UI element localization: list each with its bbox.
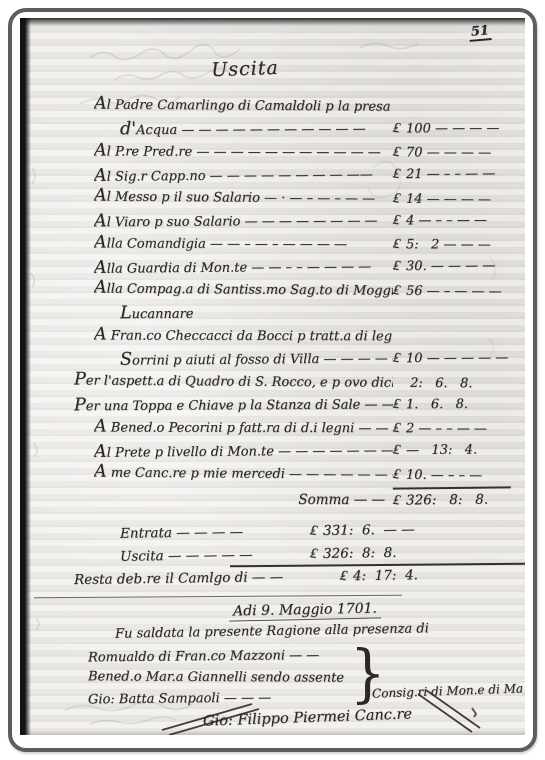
entry-amount: 30. — — — — (406, 254, 511, 278)
ledger-line: A me Canc.re p mie mercedi — — — — — — —… (94, 461, 511, 487)
entry-amount: 100 — — — — (406, 117, 511, 141)
entry-text: Al Messo p il suo Salario — · — – — – — … (94, 185, 393, 211)
entry-text: Al Padre Camarlingo di Camaldoli p la pr… (94, 93, 393, 119)
ledger-line: Alla Guardia di Mon.te — — – – — — — — ₤… (94, 253, 511, 280)
sum-amount-box: ₤ 326: 8: 8. (393, 486, 511, 512)
ledger-line: Al Viaro p suo Salario — — — — — — — — ₤… (94, 208, 511, 234)
balance-summary: Entrata — — — — ₤ 331: 6. — — Uscita — —… (62, 520, 511, 589)
manuscript-photo: 51 Uscita Al Padre Camarlingo di Camaldo… (20, 18, 525, 735)
date-line: Adi 9. Maggio 1701. (110, 598, 500, 622)
entry-amount: 326: 8: 8. (323, 540, 511, 566)
ink-blot (472, 708, 476, 717)
manuscript-scan-page: 51 Uscita Al Padre Camarlingo di Camaldo… (0, 0, 545, 760)
ledger-line: Sorrini p aiuti al fosso di Villa — — — … (120, 345, 511, 371)
entry-text: A me Canc.re p mie mercedi — — — — — — — (94, 461, 393, 487)
entry-amount: 4: 17: 4. (353, 563, 511, 588)
entry-amount: 10 — — — — — (406, 346, 511, 370)
witness-names: Romualdo di Fran.co Mazzoni — — Bened.o … (88, 646, 358, 709)
entry-amount-box (393, 111, 511, 112)
ledger-line: Al Prete p livello di Mon.te — — — — — —… (94, 437, 511, 464)
entry-amount: 10. — – – — (406, 464, 511, 488)
folio-number: 51 (468, 23, 491, 42)
entry-text: Resta deb.re il Camlgo di — — (74, 565, 340, 592)
entry-amount: 331: 6. — — (323, 517, 511, 543)
witness-name-line: Romualdo di Fran.co Mazzoni — — (88, 645, 358, 669)
ledger-line: Per l'aspett.a di Quadro di S. Rocco, e … (74, 368, 511, 394)
entry-amount-box: ₤ 331: 6. — — (310, 517, 511, 543)
entry-text: A Bened.o Pecorini p fatt.ra di d.i legn… (94, 415, 393, 440)
entry-amount-box: ₤ 4 — – – — — (393, 209, 511, 233)
ledger-line: Per una Toppa e Chiave p la Stanza di Sa… (74, 392, 511, 418)
book-gutter-shadow (20, 18, 31, 735)
ledger-line: Al Padre Camarlingo di Camaldoli p la pr… (94, 93, 511, 119)
entry-text: A Fran.co Checcacci da Bocci p tratt.a d… (94, 323, 393, 348)
councillors-label: Consig.ri di Mon.e di Magg.na (372, 681, 524, 700)
lira-sign (393, 110, 406, 112)
ledger-lines: Al Padre Camarlingo di Camaldoli p la pr… (62, 94, 511, 485)
witness-name: Bened.o Mar.a Giannelli sendo assente (88, 669, 344, 685)
ledger-line: Al Sig.r Capp.no — — — — — — — — —— ₤ 21… (94, 161, 511, 188)
ledger-line: Al Messo p il suo Salario — · — – — – — … (94, 185, 511, 211)
expense-ledger: Al Padre Camarlingo di Camaldoli p la pr… (62, 94, 511, 510)
entry-amount-box: ₤ 1. 6. 8. (393, 393, 511, 417)
entry-amount: 1. 6. 8. (406, 393, 511, 417)
ledger-line: Alla Compag.a di Santiss.mo Sag.to di Mo… (94, 277, 511, 303)
resta-underline (34, 595, 402, 599)
witness-name: Gio: Batta Sampaoli — — — (88, 690, 271, 707)
entry-text: Per una Toppa e Chiave p la Stanza di Sa… (74, 392, 393, 418)
entry-amount (406, 111, 511, 112)
lira-sign (393, 386, 406, 388)
ledger-line: Resta deb.re il Camlgo di — — ₤ 4: 17: 4… (74, 563, 511, 592)
entry-amount-box: ₤ — 13: 4. (393, 438, 511, 462)
entry-text: Al P.re Pred.re — — — — — — — — — — — (94, 139, 393, 164)
entry-amount (406, 316, 511, 317)
ledger-line: d'Acqua — — — — — — — — — — — ₤ 100 — — … (120, 116, 511, 141)
entry-amount-box: ₤ 100 — — — — (393, 117, 511, 141)
sum-row: Somma — — ₤ 326: 8: 8. (62, 487, 511, 510)
ledger-line: Lucannare (120, 300, 511, 325)
entry-amount: 21 — – – — — (406, 162, 511, 186)
entry-amount-box: ₤ 30. — — — — (393, 254, 511, 278)
entry-text: Entrata — — — — (120, 520, 310, 546)
entry-text: Per l'aspett.a di Quadro di S. Rocco, e … (74, 368, 393, 394)
ledger-line: Alla Comandigia — — – — – — — — — ₤ 5: 2… (94, 231, 511, 255)
entry-amount: 4 — – – — — (406, 209, 511, 233)
lira-sign (393, 339, 406, 341)
witness-name: Romualdo di Fran.co Mazzoni — — (88, 648, 319, 665)
entry-amount-box: ₤ 10 — — — — — (393, 346, 511, 370)
entry-text: Alla Compag.a di Santiss.mo Sag.to di Mo… (94, 277, 393, 303)
entry-text: Lucannare (120, 301, 393, 327)
sum-label: Somma — — (298, 489, 393, 512)
page-top-edge-shadow (20, 18, 525, 27)
entry-text: Al Viaro p suo Salario — — — — — — — — (94, 208, 393, 234)
page-title: Uscita (20, 50, 470, 88)
entry-text: Alla Comandigia — — – — – — — — — (94, 231, 393, 256)
entry-amount-box: ₤ 4: 17: 4. (340, 563, 511, 588)
ledger-line: A Bened.o Pecorini p fatt.ra di d.i legn… (94, 415, 511, 439)
entry-amount: — 13: 4. (406, 438, 511, 462)
page-bottom-edge-shadow (20, 730, 525, 735)
ledger-line: Al P.re Pred.re — — — — — — — — — — — ₤ … (94, 139, 511, 163)
lira-sign (393, 316, 406, 318)
witness-name-line: Gio: Batta Sampaoli — — — (88, 687, 358, 711)
date-text: Adi 9. Maggio 1701. (229, 600, 381, 621)
sum-amount: 326: 8: 8. (406, 488, 511, 512)
entry-amount-box: ₤ 10. — – – — (393, 464, 511, 488)
entry-amount-box: ₤ 21 — – – — — (393, 162, 511, 186)
entry-amount-box (393, 316, 511, 317)
entry-text: d'Acqua — — — — — — — — — — — (120, 117, 393, 143)
witness-name-line: Bened.o Mar.a Giannelli sendo assente (88, 666, 358, 688)
ledger-line: A Fran.co Checcacci da Bocci p tratt.a d… (94, 323, 511, 347)
